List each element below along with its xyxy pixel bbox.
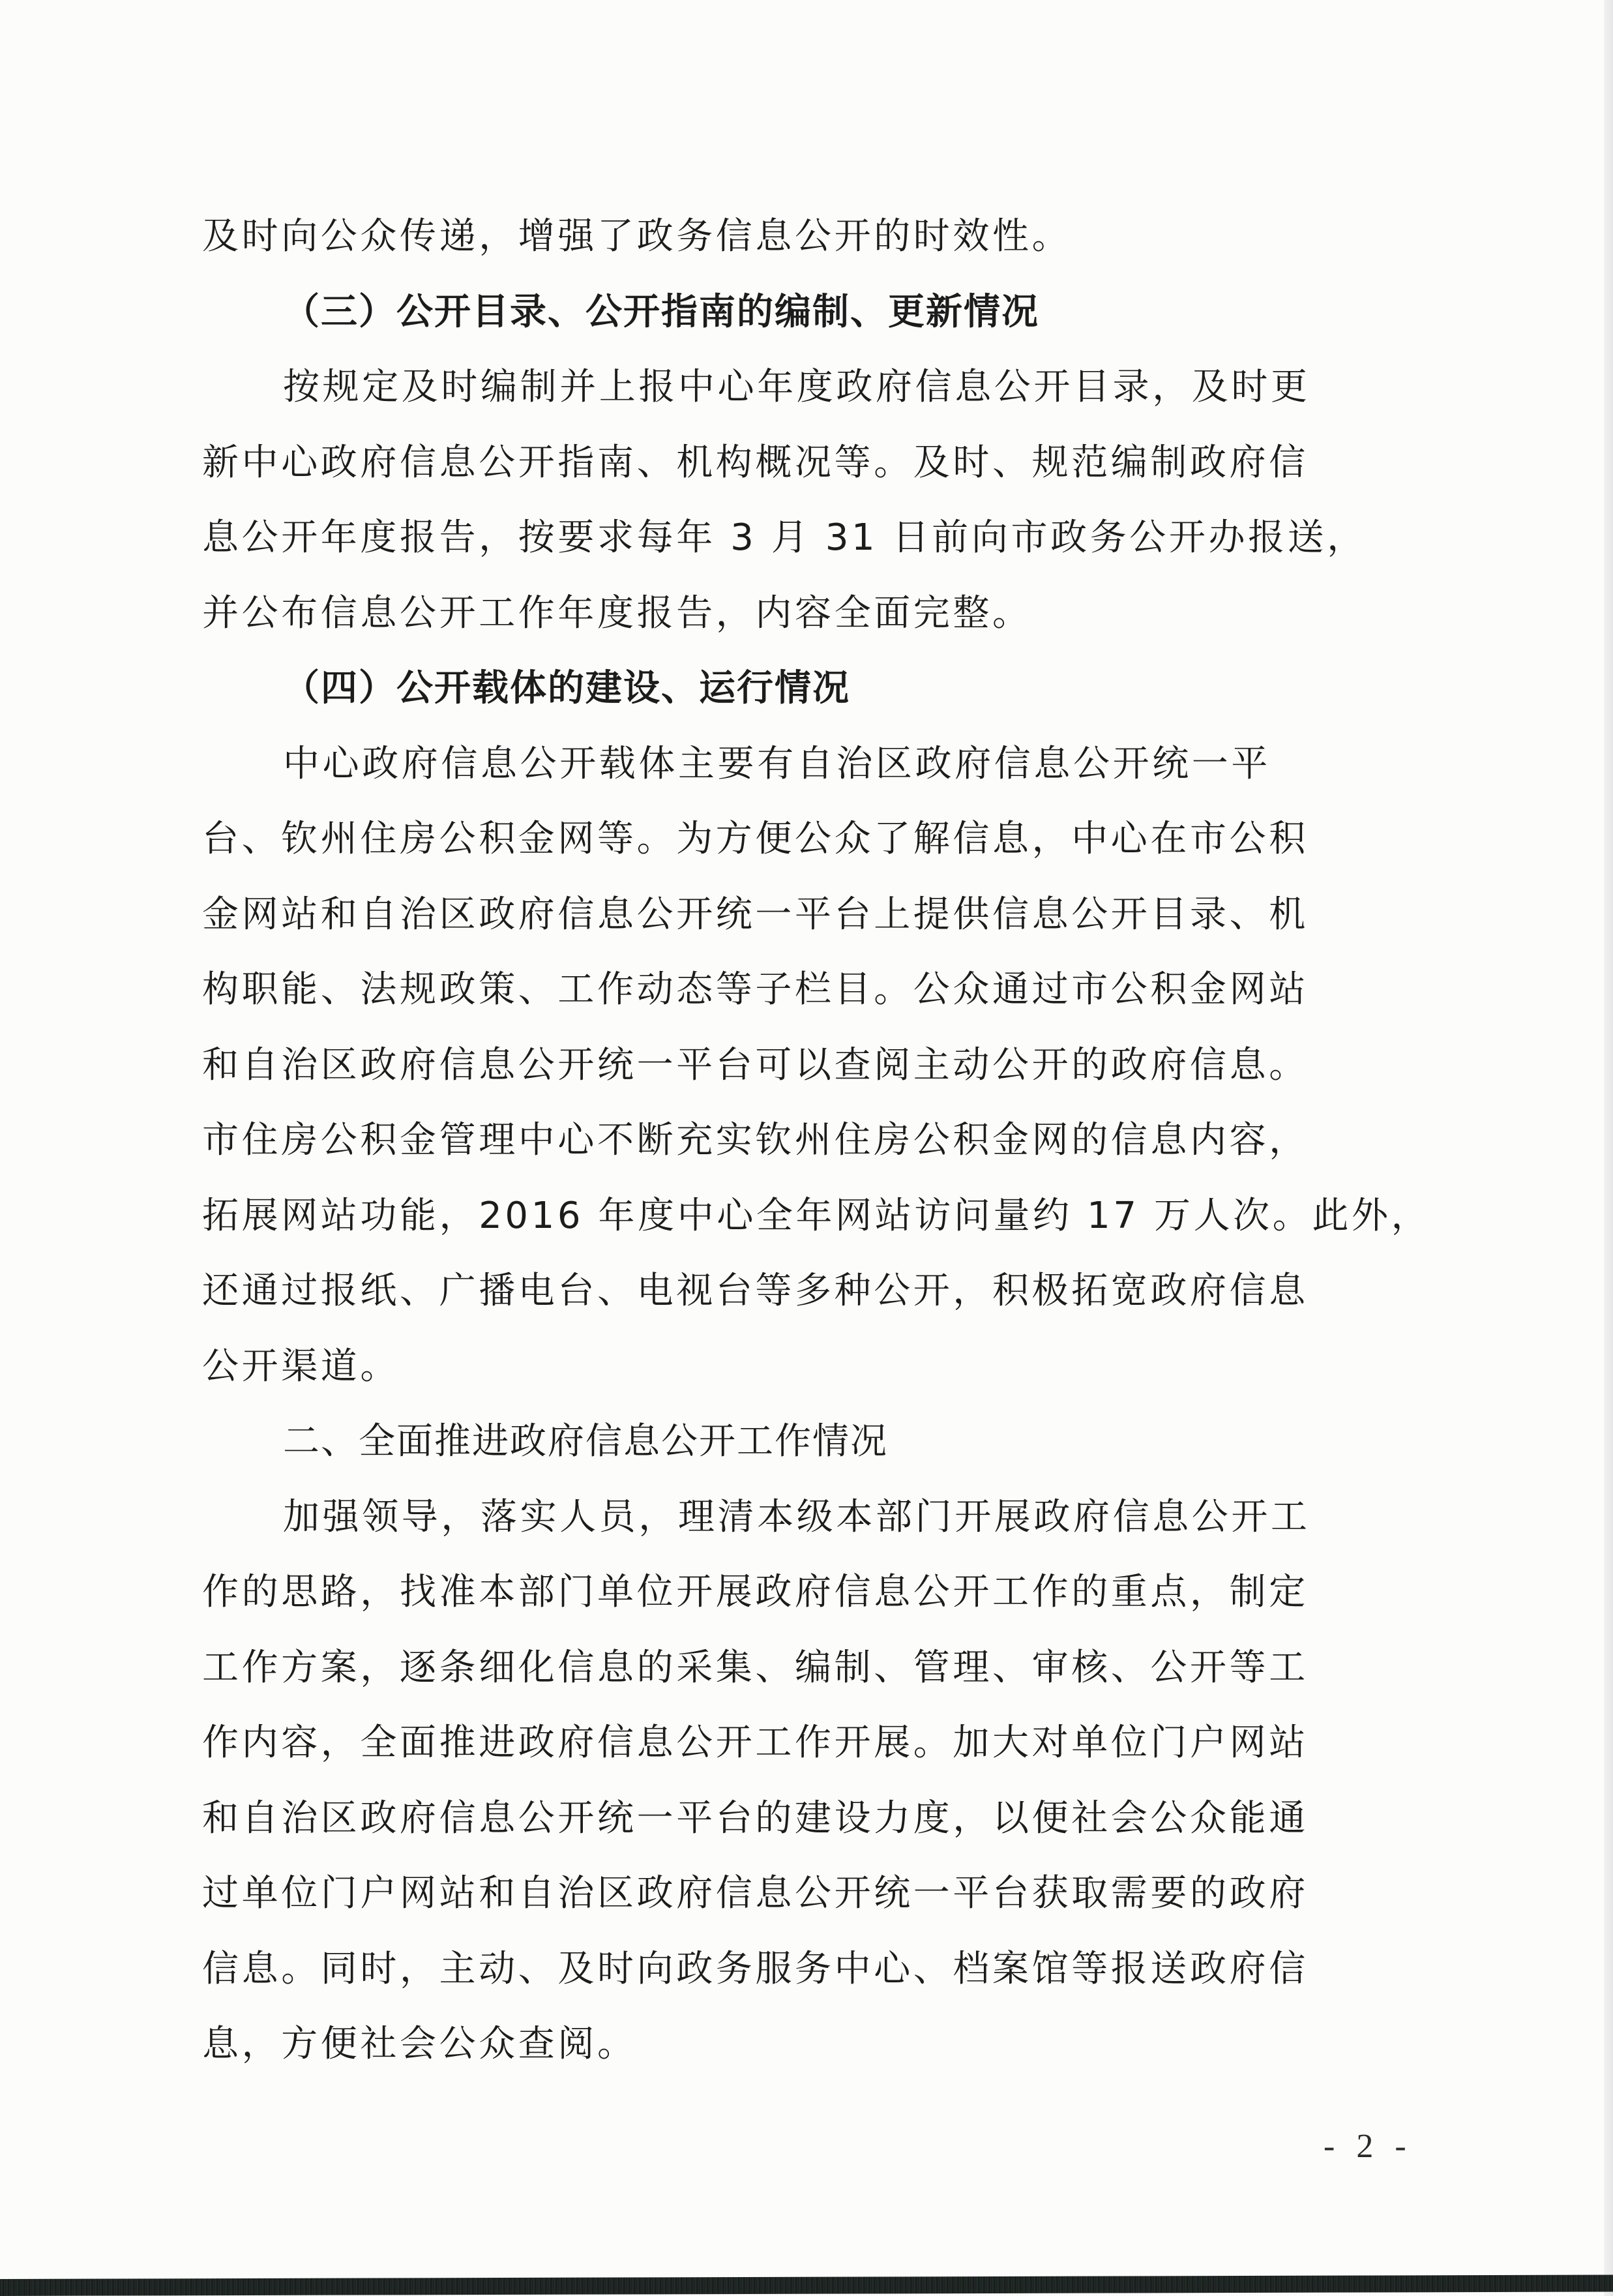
paragraph-line: 作的思路，找准本部门单位开展政府信息公开工作的重点，制定 [202,1563,1434,1639]
paragraph-line: 金网站和自治区政府信息公开统一平台上提供信息公开目录、机 [202,886,1434,961]
document-body: 及时向公众传递，增强了政务信息公开的时效性。 （三）公开目录、公开指南的编制、更… [202,207,1434,2091]
paragraph-line: 信息。同时，主动、及时向政务服务中心、档案馆等报送政府信 [202,1940,1434,2016]
paragraph-line: 过单位门户网站和自治区政府信息公开统一平台获取需要的政府 [202,1864,1434,1940]
section-heading-3: （三）公开目录、公开指南的编制、更新情况 [202,283,1434,359]
paragraph-line: 中心政府信息公开载体主要有自治区政府信息公开统一平 [202,735,1434,811]
paragraph-line: 作内容，全面推进政府信息公开工作开展。加大对单位门户网站 [202,1714,1434,1789]
paragraph-line: 新中心政府信息公开指南、机构概况等。及时、规范编制政府信 [202,434,1434,509]
paragraph-line: 和自治区政府信息公开统一平台可以查阅主动公开的政府信息。 [202,1036,1434,1112]
paragraph-line: 和自治区政府信息公开统一平台的建设力度，以便社会公众能通 [202,1789,1434,1865]
paragraph-line: 工作方案，逐条细化信息的采集、编制、管理、审核、公开等工 [202,1639,1434,1714]
paragraph-line: 及时向公众传递，增强了政务信息公开的时效性。 [202,207,1434,283]
paragraph-line: 息，方便社会公众查阅。 [202,2015,1434,2091]
paragraph-line: 市住房公积金管理中心不断充实钦州住房公积金网的信息内容， [202,1111,1434,1187]
paragraph-line: 还通过报纸、广播电台、电视台等多种公开，积极拓宽政府信息 [202,1262,1434,1337]
paragraph-line: 公开渠道。 [202,1337,1434,1413]
scan-page-edge [1604,0,1613,2296]
paragraph-line: 构职能、法规政策、工作动态等子栏目。公众通过市公积金网站 [202,961,1434,1036]
paragraph-line: 拓展网站功能，2016 年度中心全年网站访问量约 17 万人次。此外， [202,1187,1434,1262]
scanned-page: 及时向公众传递，增强了政务信息公开的时效性。 （三）公开目录、公开指南的编制、更… [0,0,1613,2296]
paragraph-line: 息公开年度报告，按要求每年 3 月 31 日前向市政务公开办报送， [202,509,1434,584]
paragraph-line: 按规定及时编制并上报中心年度政府信息公开目录，及时更 [202,358,1434,434]
page-number: - 2 - [1324,2127,1413,2166]
scanner-border-strip [0,2275,1613,2296]
paragraph-line: 加强领导，落实人员，理清本级本部门开展政府信息公开工 [202,1488,1434,1564]
paragraph-line: 台、钦州住房公积金网等。为方便公众了解信息，中心在市公积 [202,810,1434,886]
section-heading-2: 二、全面推进政府信息公开工作情况 [202,1412,1434,1488]
section-heading-4: （四）公开载体的建设、运行情况 [202,659,1434,735]
paragraph-line: 并公布信息公开工作年度报告，内容全面完整。 [202,584,1434,660]
